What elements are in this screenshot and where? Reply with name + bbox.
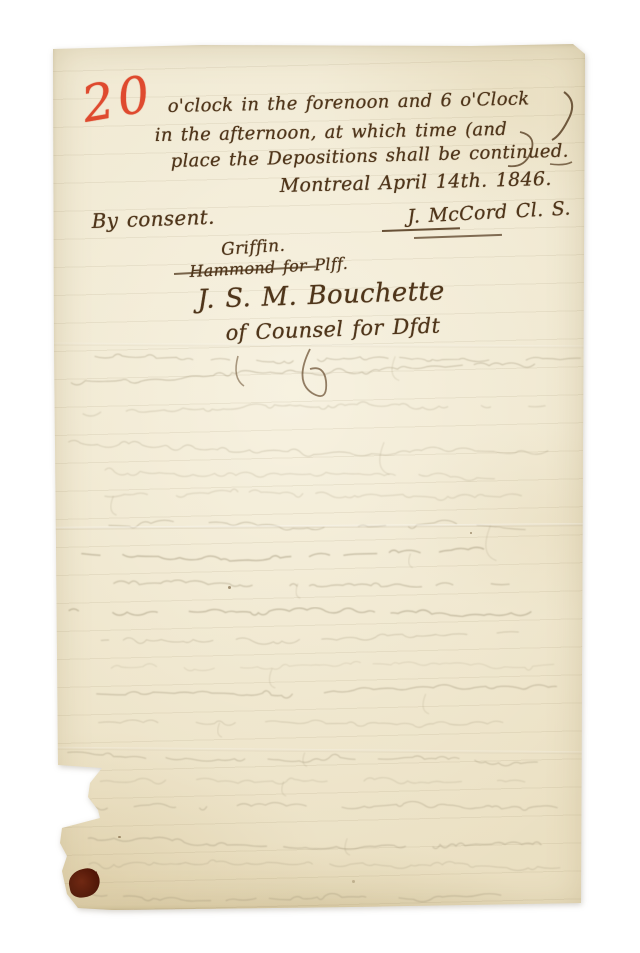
- fold-crease: [52, 523, 586, 530]
- handwritten-line-3: place the Depositions shall be continued…: [170, 141, 568, 172]
- signature-griffin: Griffin.: [221, 236, 286, 260]
- signature-dash: [382, 227, 460, 232]
- manuscript-page: 20 o'clock in the forenoon and 6 o'Clock…: [52, 44, 586, 910]
- paper-speck: [118, 836, 121, 838]
- page-number: 20: [78, 64, 159, 134]
- signature-mccord: J. McCord Cl. S.: [407, 197, 571, 228]
- paper-speck: [228, 586, 231, 589]
- fold-crease: [52, 747, 586, 755]
- signature-underline: [414, 234, 502, 239]
- fold-crease: [52, 343, 586, 349]
- paper-sheet: 20 o'clock in the forenoon and 6 o'Clock…: [52, 44, 586, 910]
- scan-background: 20 o'clock in the forenoon and 6 o'Clock…: [0, 0, 640, 953]
- signature-defendant-counsel: of Counsel for Dfdt: [225, 314, 440, 345]
- handwritten-line-2: in the afternoon, at which time (and: [155, 119, 508, 146]
- consent-note: By consent.: [91, 205, 215, 233]
- signature-bouchette: J. S. M. Bouchette: [197, 276, 445, 315]
- paper-speck: [352, 880, 355, 883]
- ink-blot: [66, 866, 102, 900]
- handwritten-line-1: o'clock in the forenoon and 6 o'Clock: [168, 88, 530, 117]
- handwritten-dateline: Montreal April 14th. 1846.: [279, 168, 552, 197]
- paper-speck: [470, 532, 472, 534]
